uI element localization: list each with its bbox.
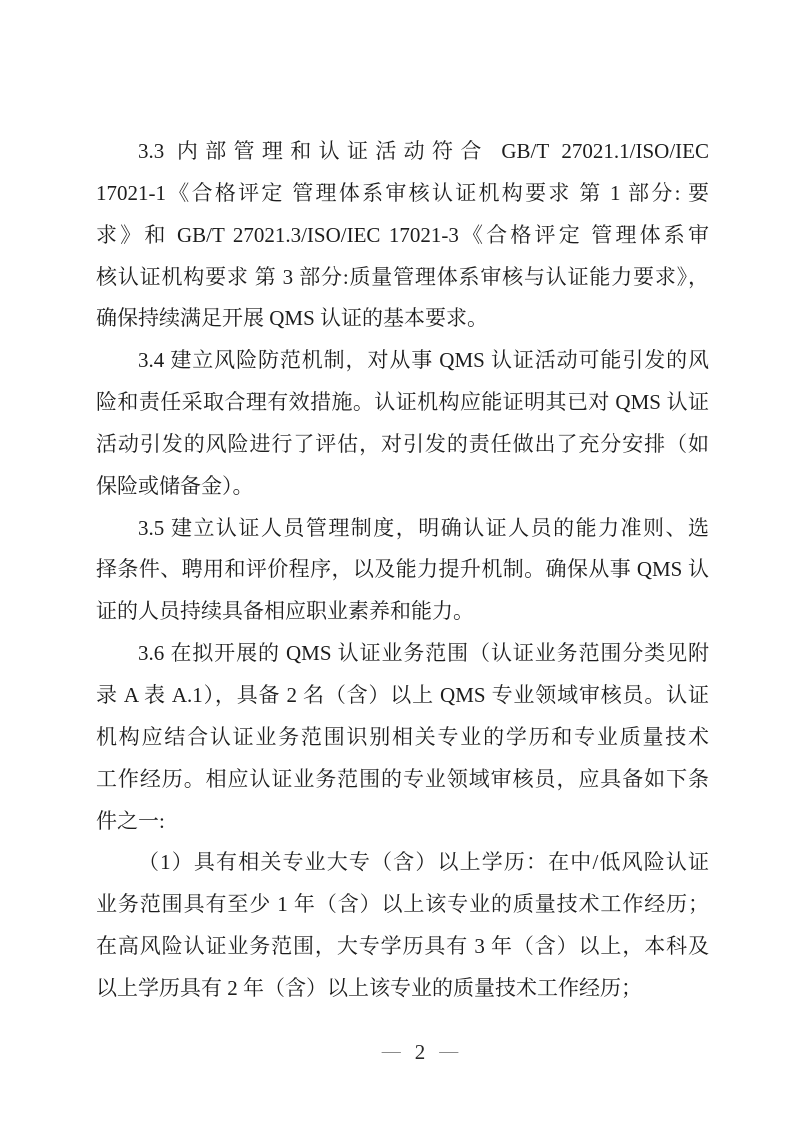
text-line: 工作经历。相应认证业务范围的专业领域审核员，应具备如下条 [96, 759, 709, 801]
text-line: 录 A 表 A.1），具备 2 名（含）以上 QMS 专业领域审核员。认证 [96, 675, 709, 717]
text-line: 3.4 建立风险防范机制，对从事 QMS 认证活动可能引发的风 [96, 340, 709, 382]
paragraph: 3.3 内部管理和认证活动符合 GB/T 27021.1/ISO/IEC1702… [96, 131, 709, 340]
text-line: （1）具有相关专业大专（含）以上学历：在中/低风险认证 [96, 842, 709, 884]
paragraph: 3.4 建立风险防范机制，对从事 QMS 认证活动可能引发的风险和责任采取合理有… [96, 340, 709, 507]
page-footer: — 2 — [20, 1036, 800, 1068]
paragraph: （1）具有相关专业大专（含）以上学历：在中/低风险认证业务范围具有至少 1 年（… [96, 842, 709, 1009]
paragraph: 3.5 建立认证人员管理制度，明确认证人员的能力准则、选择条件、聘用和评价程序，… [96, 508, 709, 634]
text-line: 以上学历具有 2 年（含）以上该专业的质量技术工作经历； [96, 968, 709, 1010]
text-line: 择条件、聘用和评价程序，以及能力提升机制。确保从事 QMS 认 [96, 549, 709, 591]
text-line: 3.3 内部管理和认证活动符合 GB/T 27021.1/ISO/IEC [96, 131, 709, 173]
footer-dash-left: — [373, 1041, 410, 1062]
paragraph: 3.6 在拟开展的 QMS 认证业务范围（认证业务范围分类见附录 A 表 A.1… [96, 633, 709, 842]
text-line: 3.6 在拟开展的 QMS 认证业务范围（认证业务范围分类见附 [96, 633, 709, 675]
footer-dash-right: — [430, 1041, 467, 1062]
text-line: 核认证机构要求 第 3 部分:质量管理体系审核与认证能力要求》， [96, 257, 709, 299]
document-body: 3.3 内部管理和认证活动符合 GB/T 27021.1/ISO/IEC1702… [96, 131, 709, 1010]
text-line: 3.5 建立认证人员管理制度，明确认证人员的能力准则、选 [96, 508, 709, 550]
text-line: 件之一: [96, 801, 709, 843]
text-line: 险和责任采取合理有效措施。认证机构应能证明其已对 QMS 认证 [96, 382, 709, 424]
text-line: 求》和 GB/T 27021.3/ISO/IEC 17021-3《合格评定 管理… [96, 215, 709, 257]
text-line: 业务范围具有至少 1 年（含）以上该专业的质量技术工作经历； [96, 884, 709, 926]
text-line: 活动引发的风险进行了评估，对引发的责任做出了充分安排（如 [96, 424, 709, 466]
text-line: 证的人员持续具备相应职业素养和能力。 [96, 591, 709, 633]
document-page: 3.3 内部管理和认证活动符合 GB/T 27021.1/ISO/IEC1702… [0, 0, 800, 1130]
text-line: 17021-1《合格评定 管理体系审核认证机构要求 第 1 部分: 要 [96, 173, 709, 215]
page-number: 2 [415, 1040, 426, 1064]
text-line: 保险或储备金）。 [96, 466, 709, 508]
text-line: 在高风险认证业务范围，大专学历具有 3 年（含）以上，本科及 [96, 926, 709, 968]
text-line: 确保持续满足开展 QMS 认证的基本要求。 [96, 298, 709, 340]
text-line: 机构应结合认证业务范围识别相关专业的学历和专业质量技术 [96, 717, 709, 759]
